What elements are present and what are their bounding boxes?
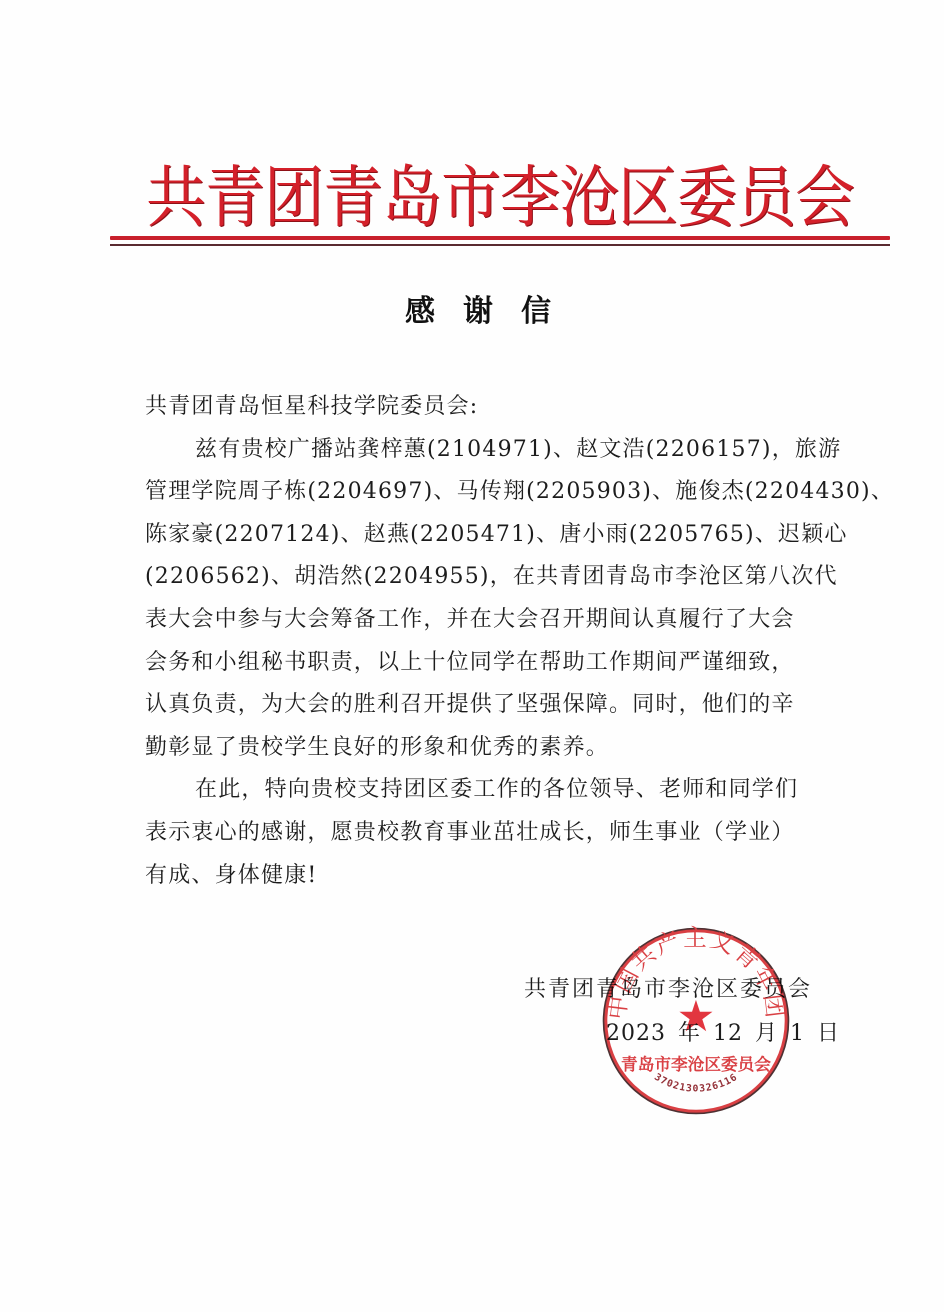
paragraph-line: 表大会中参与大会筹备工作，并在大会召开期间认真履行了大会 [145, 599, 865, 642]
paragraph-line: 勤彰显了贵校学生良好的形象和优秀的素养。 [145, 727, 865, 770]
star-icon: ★ [677, 992, 716, 1042]
letter-body: 共青团青岛恒星科技学院委员会: 兹有贵校广播站龚梓蕙(2104971)、赵文浩(… [145, 386, 865, 897]
paragraph-line: 在此，特向贵校支持团区委工作的各位领导、老师和同学们 [145, 769, 865, 812]
paragraph-2: 在此，特向贵校支持团区委工作的各位领导、老师和同学们 表示衷心的感谢，愿贵校教育… [145, 769, 865, 897]
masthead-rule-thick [110, 236, 890, 240]
paragraph-line: (2206562)、胡浩然(2204955)，在共青团青岛市李沧区第八次代 [145, 556, 865, 599]
paragraph-line: 会务和小组秘书职责，以上十位同学在帮助工作期间严谨细致， [145, 642, 865, 685]
document-title: 感谢信 [0, 292, 944, 332]
paragraph-1: 兹有贵校广播站龚梓蕙(2104971)、赵文浩(2206157)，旅游 管理学院… [145, 429, 865, 770]
paragraph-line: 认真负责，为大会的胜利召开提供了坚强保障。同时，他们的辛 [145, 684, 865, 727]
letter-page: 共青团青岛市李沧区委员会 感谢信 共青团青岛恒星科技学院委员会: 兹有贵校广播站… [0, 0, 944, 1312]
paragraph-line: 表示衷心的感谢，愿贵校教育事业茁壮成长，师生事业（学业） [145, 812, 865, 855]
paragraph-line: 陈家豪(2207124)、赵燕(2205471)、唐小雨(2205765)、迟颖… [145, 514, 865, 557]
masthead: 共青团青岛市李沧区委员会 [110, 158, 890, 240]
salutation: 共青团青岛恒星科技学院委员会: [145, 386, 865, 429]
masthead-rule-thin [110, 244, 890, 246]
paragraph-line: 兹有贵校广播站龚梓蕙(2104971)、赵文浩(2206157)，旅游 [145, 429, 865, 472]
paragraph-line: 有成、身体健康! [145, 855, 865, 898]
svg-text:3702130326116: 3702130326116 [652, 1072, 740, 1095]
masthead-title: 共青团青岛市李沧区委员会 [110, 153, 890, 243]
official-seal-icon: 中国共产主义青年团 ★ 青岛市李沧区委员会 3702130326116 [598, 923, 794, 1119]
seal-code: 3702130326116 [652, 1072, 740, 1095]
seal-inner-text: 青岛市李沧区委员会 [621, 1054, 771, 1074]
paragraph-line: 管理学院周子栋(2204697)、马传翔(2205903)、施俊杰(220443… [145, 471, 865, 514]
